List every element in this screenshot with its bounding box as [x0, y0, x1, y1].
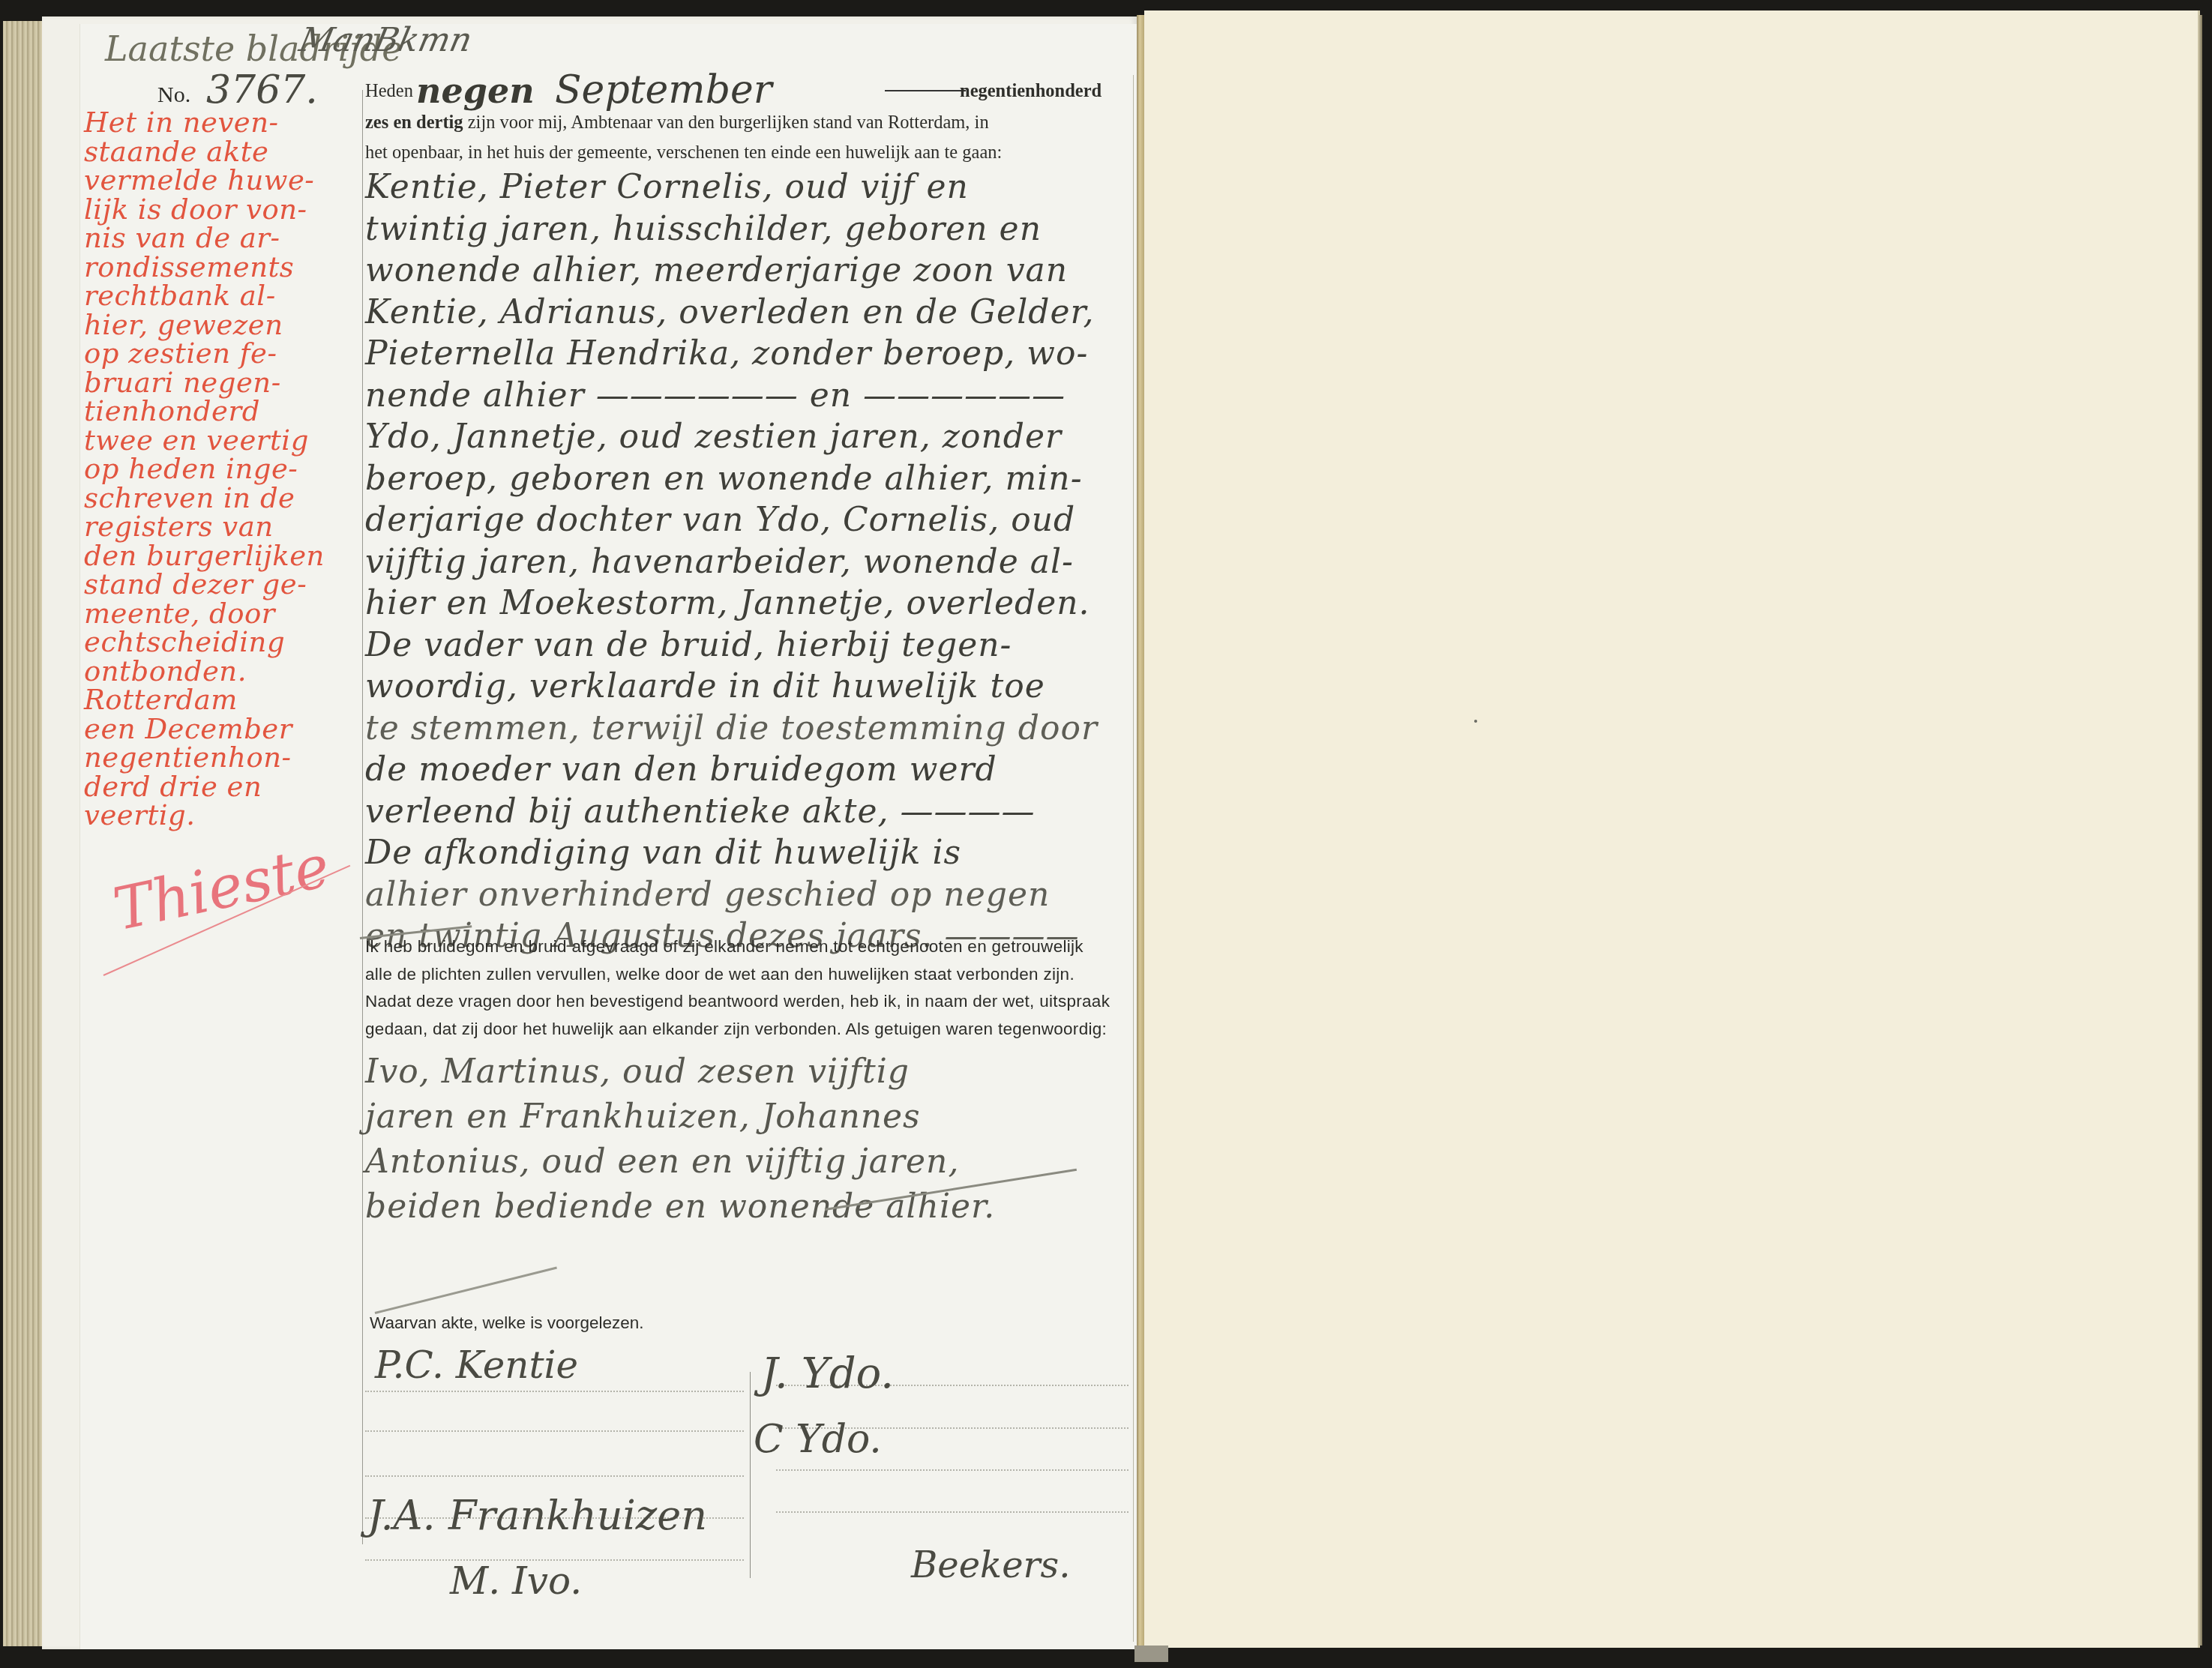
- book-clip: [1134, 1646, 1168, 1662]
- declaration-line: alle de plichten zullen vervullen, welke…: [365, 961, 1134, 989]
- witness-line: beiden bediende en wonende alhier.: [365, 1184, 1134, 1229]
- margin-note-line: stand dezer ge-: [84, 570, 361, 600]
- closing-statement: Waarvan akte, welke is voorgelezen.: [370, 1313, 644, 1333]
- margin-note-line: negentienhon-: [84, 744, 361, 773]
- body-line: Kentie, Pieter Cornelis, oud vijf en: [365, 166, 1134, 208]
- margin-note-line: een December: [84, 715, 361, 744]
- body-line: hier en Moekestorm, Jannetje, overleden.: [365, 582, 1134, 624]
- margin-note-line: schreven in de: [84, 484, 361, 514]
- signature-column-divider: [750, 1372, 751, 1578]
- handwritten-body: Kentie, Pieter Cornelis, oud vijf en twi…: [365, 166, 1134, 957]
- margin-note-line: op zestien fe-: [84, 340, 361, 369]
- margin-note-line: staande akte: [84, 138, 361, 167]
- signature-line: [776, 1511, 1128, 1513]
- margin-note-line: veertig.: [84, 801, 361, 831]
- day-value: negen: [416, 70, 535, 111]
- margin-note-line: meente, door: [84, 600, 361, 629]
- declaration-line: gedaan, dat zij door het huwelijk aan el…: [365, 1016, 1134, 1044]
- year-printed-1-text: negentienhonderd: [960, 81, 1102, 101]
- margin-note-line: Het in neven-: [84, 109, 361, 138]
- signature-witness-2: M. Ivo.: [450, 1559, 582, 1603]
- body-line: alhier onverhinderd geschied op negen: [365, 874, 1134, 916]
- body-line: De vader van de bruid, hierbij tegen-: [365, 624, 1134, 666]
- body-line: Kentie, Adrianus, overleden en de Gelder…: [365, 292, 1134, 334]
- printed-declaration: Ik heb bruidegom en bruid afgevraagd of …: [365, 933, 1134, 1043]
- witness-line: jaren en Frankhuizen, Johannes: [365, 1095, 1134, 1139]
- signature-groom: P.C. Kentie: [375, 1343, 578, 1387]
- margin-note-line: registers van: [84, 513, 361, 542]
- body-line: twintig jaren, huisschilder, geboren en: [365, 208, 1134, 250]
- body-line: Ydo, Jannetje, oud zestien jaren, zonder: [365, 416, 1134, 458]
- margin-note-line: nis van de ar-: [84, 224, 361, 253]
- margin-note-line: op heden inge-: [84, 455, 361, 484]
- body-line: beroep, geboren en wonende alhier, min-: [365, 458, 1134, 500]
- margin-note-line: vermelde huwe-: [84, 166, 361, 196]
- book-gutter: [1137, 15, 1144, 1657]
- body-line: De afkondiging van dit huwelijk is: [365, 832, 1134, 874]
- heden-label: Heden: [365, 81, 413, 102]
- body-line: wonende alhier, meerderjarige zoon van: [365, 250, 1134, 292]
- signature-registrar: Beekers.: [911, 1544, 1070, 1586]
- margin-note-line: rondissements: [84, 253, 361, 283]
- month-value: September: [555, 67, 772, 112]
- paper-speck: [1474, 720, 1477, 723]
- body-line: derjarige dochter van Ydo, Cornelis, oud: [365, 499, 1134, 541]
- body-line: verleend bij authentieke akte, ————: [365, 791, 1134, 833]
- right-page-edge: [2198, 15, 2202, 1646]
- year-printed-1: negentienhonderd: [960, 81, 1102, 102]
- margin-note-line: echtscheiding: [84, 628, 361, 657]
- signature-line: [776, 1469, 1128, 1471]
- signature-witness-1: J.A. Frankhuizen: [367, 1492, 707, 1539]
- margin-note-line: derd drie en: [84, 773, 361, 802]
- signature-father: C Ydo.: [754, 1417, 882, 1462]
- top-initials: ManBkmn: [296, 21, 476, 59]
- certificate-number: 3767.: [206, 67, 318, 112]
- margin-note-line: ontbonden.: [84, 657, 361, 687]
- margin-note-line: lijk is door von-: [84, 196, 361, 225]
- body-line: woordig, verklaarde in dit huwelijk toe: [365, 666, 1134, 708]
- header-line-2: zes en dertig zijn voor mij, Ambtenaar v…: [365, 112, 989, 133]
- year-printed-2: zes en dertig: [365, 112, 463, 133]
- margin-note-line: den burgerlijken: [84, 542, 361, 571]
- margin-note-line: Rotterdam: [84, 686, 361, 715]
- margin-note-line: twee en veertig: [84, 427, 361, 456]
- witnesses-handwritten: Ivo, Martinus, oud zesen vijftig jaren e…: [365, 1050, 1134, 1229]
- witness-line: Ivo, Martinus, oud zesen vijftig: [365, 1050, 1134, 1095]
- book-page-stack: [3, 21, 43, 1646]
- body-line: Pieternella Hendrika, zonder beroep, wo-: [365, 333, 1134, 375]
- header-line-2-text: zijn voor mij, Ambtenaar van den burgerl…: [468, 112, 989, 133]
- declaration-line: Nadat deze vragen door hen bevestigend b…: [365, 988, 1134, 1016]
- body-line: nende alhier —————— en ——————: [365, 375, 1134, 417]
- certificate-number-label: No.: [157, 82, 190, 108]
- margin-column-rule: [362, 90, 363, 1544]
- body-line: vijftig jaren, havenarbeider, wonende al…: [365, 541, 1134, 583]
- signature-bride: J. Ydo.: [761, 1349, 894, 1398]
- fill-dash: [885, 90, 966, 91]
- margin-note-line: tienhonderd: [84, 397, 361, 427]
- declaration-line: Ik heb bruidegom en bruid afgevraagd of …: [365, 933, 1134, 961]
- signature-line: [365, 1430, 744, 1432]
- margin-note-divorce: Het in neven- staande akte vermelde huwe…: [84, 109, 361, 831]
- header-line-3: het openbaar, in het huis der gemeente, …: [365, 142, 1002, 163]
- signature-line: [365, 1475, 744, 1477]
- margin-note-line: rechtbank al-: [84, 282, 361, 311]
- signature-line: [365, 1391, 744, 1392]
- margin-note-line: bruari negen-: [84, 369, 361, 398]
- body-line: te stemmen, terwijl die toestemming door: [365, 708, 1134, 750]
- margin-note-line: hier, gewezen: [84, 311, 361, 340]
- right-page-blank: [1144, 10, 2200, 1648]
- body-line: de moeder van den bruidegom werd: [365, 749, 1134, 791]
